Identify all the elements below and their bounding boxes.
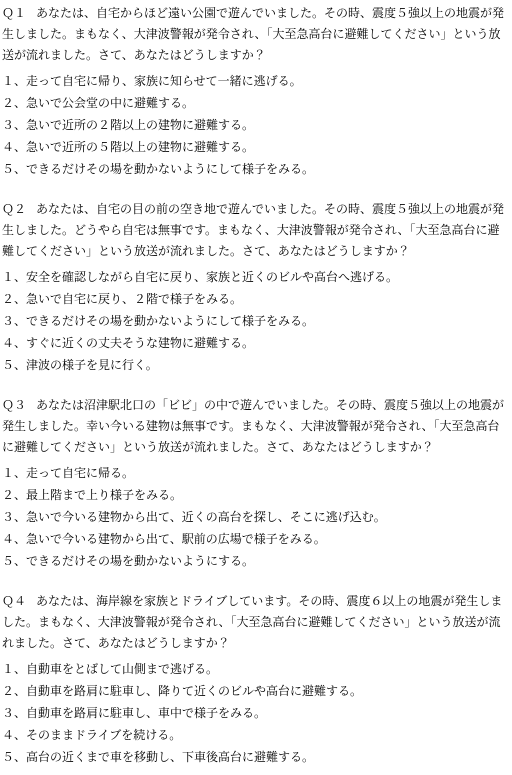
question-text-q2: Ｑ２あなたは、自宅の目の前の空き地で遊んでいました。その時、震度５強以上の地震が… (2, 199, 510, 262)
question-body-q4: あなたは、海岸線を家族とドライブしています。その時、震度６以上の地震が発生しまし… (2, 594, 502, 650)
q4-option-1: １、自動車をとばして山側まで逃げる。 (2, 658, 510, 680)
question-body-q1: あなたは、自宅からほど遠い公園で遊んでいました。その時、震度５強以上の地震が発生… (2, 6, 504, 62)
q3-option-1: １、走って自宅に帰る。 (2, 462, 510, 484)
questionnaire: Ｑ１あなたは、自宅からほど遠い公園で遊んでいました。その時、震度５強以上の地震が… (0, 0, 512, 768)
document-body: { "page": { "background_color": "#ffffff… (0, 0, 512, 775)
q3-option-5: ５、できるだけその場を動かないようにする。 (2, 550, 510, 572)
question-label-q3: Ｑ３ (2, 398, 26, 412)
question-text-q3: Ｑ３あなたは沼津駅北口の「ビビ」の中で遊んでいました。その時、震度５強以上の地震… (2, 395, 510, 458)
question-body-q2: あなたは、自宅の目の前の空き地で遊んでいました。その時、震度５強以上の地震が発生… (2, 202, 504, 258)
question-body-q3: あなたは沼津駅北口の「ビビ」の中で遊んでいました。その時、震度５強以上の地震が発… (2, 398, 504, 454)
q1-option-2: ２、急いで公会堂の中に避難する。 (2, 92, 510, 114)
question-label-q2: Ｑ２ (2, 202, 26, 216)
question-block-q3: Ｑ３あなたは沼津駅北口の「ビビ」の中で遊んでいました。その時、震度５強以上の地震… (2, 395, 510, 572)
q2-option-1: １、安全を確認しながら自宅に戻り、家族と近くのビルや高台へ逃げる。 (2, 266, 510, 288)
q1-option-3: ３、急いで近所の２階以上の建物に避難する。 (2, 114, 510, 136)
question-text-q1: Ｑ１あなたは、自宅からほど遠い公園で遊んでいました。その時、震度５強以上の地震が… (2, 3, 510, 66)
q2-option-4: ４、すぐに近くの丈夫そうな建物に避難する。 (2, 332, 510, 354)
question-block-q4: Ｑ４あなたは、海岸線を家族とドライブしています。その時、震度６以上の地震が発生し… (2, 591, 510, 768)
q3-option-2: ２、最上階まで上り様子をみる。 (2, 484, 510, 506)
q2-option-5: ５、津波の様子を見に行く。 (2, 354, 510, 376)
question-block-q1: Ｑ１あなたは、自宅からほど遠い公園で遊んでいました。その時、震度５強以上の地震が… (2, 3, 510, 180)
q2-option-2: ２、急いで自宅に戻り、２階で様子をみる。 (2, 288, 510, 310)
q4-option-3: ３、自動車を路肩に駐車し、車中で様子をみる。 (2, 702, 510, 724)
q4-option-4: ４、そのままドライブを続ける。 (2, 724, 510, 746)
q3-option-4: ４、急いで今いる建物から出て、駅前の広場で様子をみる。 (2, 528, 510, 550)
q1-option-5: ５、できるだけその場を動かないようにして様子をみる。 (2, 158, 510, 180)
q1-option-1: １、走って自宅に帰り、家族に知らせて一緒に逃げる。 (2, 70, 510, 92)
q2-option-3: ３、できるだけその場を動かないようにして様子をみる。 (2, 310, 510, 332)
question-label-q4: Ｑ４ (2, 594, 26, 608)
q3-option-3: ３、急いで今いる建物から出て、近くの高台を探し、そこに逃げ込む。 (2, 506, 510, 528)
q4-option-2: ２、自動車を路肩に駐車し、降りて近くのビルや高台に避難する。 (2, 680, 510, 702)
question-text-q4: Ｑ４あなたは、海岸線を家族とドライブしています。その時、震度６以上の地震が発生し… (2, 591, 510, 654)
question-label-q1: Ｑ１ (2, 6, 26, 20)
q4-option-5: ５、高台の近くまで車を移動し、下車後高台に避難する。 (2, 746, 510, 768)
q1-option-4: ４、急いで近所の５階以上の建物に避難する。 (2, 136, 510, 158)
question-block-q2: Ｑ２あなたは、自宅の目の前の空き地で遊んでいました。その時、震度５強以上の地震が… (2, 199, 510, 376)
